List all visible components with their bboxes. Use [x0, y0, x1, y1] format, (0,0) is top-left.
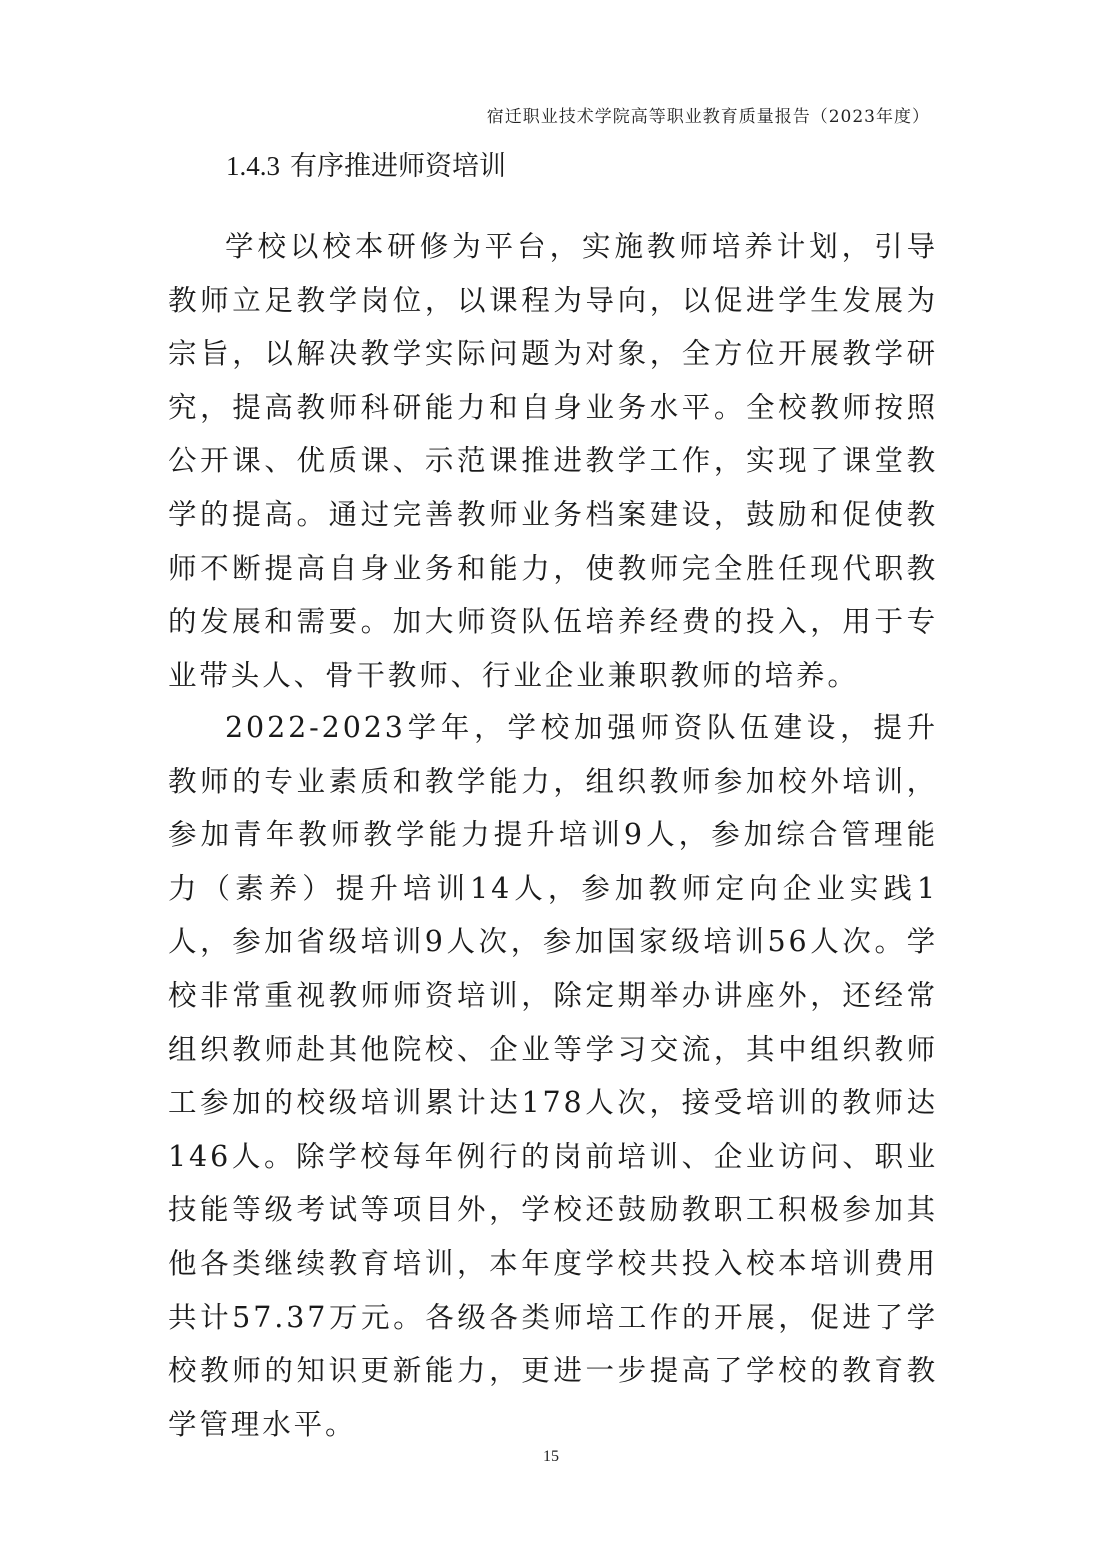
section-number: 1.4.3 — [226, 151, 280, 181]
section-heading: 1.4.3有序推进师资培训 — [226, 146, 506, 187]
body-paragraph-2: 2022-2023学年，学校加强师资队伍建设，提升教师的专业素质和教学能力，组织… — [168, 701, 938, 1451]
running-header: 宿迁职业技术学院高等职业教育质量报告（2023年度） — [487, 102, 930, 127]
section-title: 有序推进师资培训 — [290, 151, 506, 182]
paragraph-text: 学校以校本研修为平台，实施教师培养计划，引导教师立足教学岗位，以课程为导向，以促… — [168, 220, 938, 702]
body-paragraph-1: 学校以校本研修为平台，实施教师培养计划，引导教师立足教学岗位，以课程为导向，以促… — [168, 220, 938, 702]
page-number: 15 — [0, 1448, 1102, 1466]
paragraph-text: 2022-2023学年，学校加强师资队伍建设，提升教师的专业素质和教学能力，组织… — [168, 701, 938, 1451]
